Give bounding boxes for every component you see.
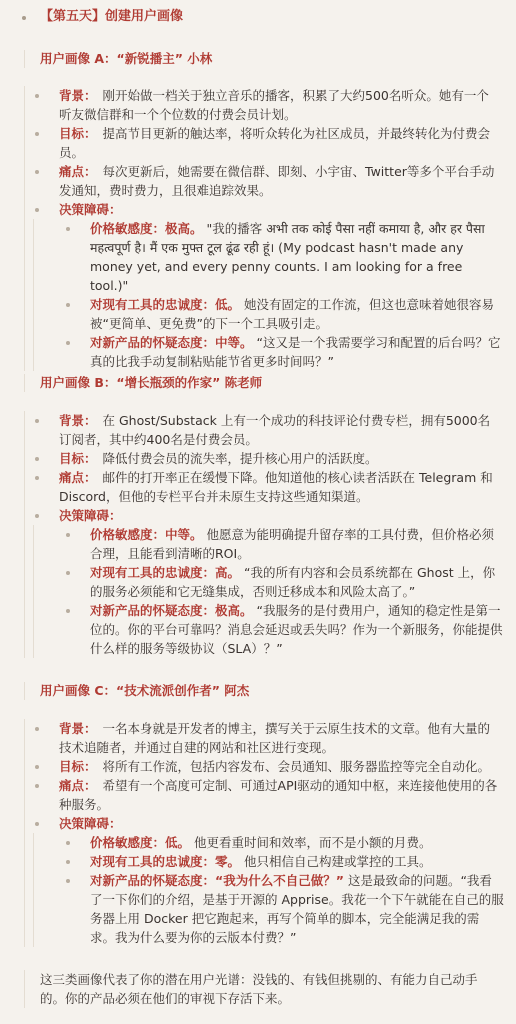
item-text: 每次更新后，她需要在微信群、即刻、小宇宙、Twitter等多个平台手动发通知，费… xyxy=(59,164,494,198)
item-label: 背景： xyxy=(59,88,97,103)
barrier-text: 他只相信自己构建或掌控的工具。 xyxy=(244,854,432,869)
item-label: 痛点： xyxy=(59,470,97,485)
list-item: 痛点：邮件的打开率正在缓慢下降。他知道他的核心读者活跃在 Telegram 和 … xyxy=(59,468,499,506)
barrier-label: 对新产品的怀疑态度：中等。 xyxy=(90,335,253,350)
persona-b-heading-block: 用户画像 B：“增长瓶颈的作家” 陈老师 xyxy=(24,374,262,392)
item-label: 背景： xyxy=(59,721,97,736)
persona-heading: 用户画像 B：“增长瓶颈的作家” 陈老师 xyxy=(40,374,262,392)
item-label: 目标： xyxy=(59,451,97,466)
persona-c-body: 背景：一名本身就是开发者的博主，撰写关于云原生技术的文章。他有大量的技术追随者，… xyxy=(24,719,499,947)
list-item: 决策障碍： 价格敏感度：低。他更看重时间和效率，而不是小额的月费。 对现有工具的… xyxy=(59,814,499,947)
barrier-item: 价格敏感度：中等。他愿意为能明确提升留存率的工具付费，但价格必须合理，且能看到清… xyxy=(90,525,504,563)
list-item: 痛点：每次更新后，她需要在微信群、即刻、小宇宙、Twitter等多个平台手动发通… xyxy=(59,162,499,200)
section-title: 【第五天】创建用户画像 xyxy=(40,8,183,26)
barrier-label: 对现有工具的忠诚度：低。 xyxy=(90,297,240,312)
item-label: 决策障碍： xyxy=(59,508,122,523)
list-item: 背景：刚开始做一档关于独立音乐的播客，积累了大约500名听众。她有一个听友微信群… xyxy=(59,86,499,124)
barriers-list: 价格敏感度：极高。"我的播客 अभी तक कोई पैसा नहीं कमाय… xyxy=(60,219,504,371)
barriers-block: 价格敏感度：极高。"我的播客 अभी तक कोई पैसा नहीं कमाय… xyxy=(33,219,499,371)
list-item: 背景：一名本身就是开发者的博主，撰写关于云原生技术的文章。他有大量的技术追随者，… xyxy=(59,719,499,757)
barrier-label: 对现有工具的忠诚度：高。 xyxy=(90,565,240,580)
barrier-item: 对现有工具的忠诚度：零。他只相信自己构建或掌控的工具。 xyxy=(90,852,504,871)
barriers-block: 价格敏感度：低。他更看重时间和效率，而不是小额的月费。 对现有工具的忠诚度：零。… xyxy=(33,833,499,947)
item-text: 提高节目更新的触达率，将听众转化为社区成员，并最终转化为付费会员。 xyxy=(59,126,490,160)
barriers-list: 价格敏感度：低。他更看重时间和效率，而不是小额的月费。 对现有工具的忠诚度：零。… xyxy=(60,833,504,947)
list-item: 背景：在 Ghost/Substack 上有一个成功的科技评论付费专栏，拥有50… xyxy=(59,411,499,449)
item-text: 一名本身就是开发者的博主，撰写关于云原生技术的文章。他有大量的技术追随者，并通过… xyxy=(59,721,490,755)
summary-text: 这三类画像代表了你的潜在用户光谱：没钱的、有钱但挑剔的、有能力自己动手的。你的产… xyxy=(40,970,480,1008)
persona-a-list: 背景：刚开始做一档关于独立音乐的播客，积累了大约500名听众。她有一个听友微信群… xyxy=(25,86,499,371)
list-item: 决策障碍： 价格敏感度：中等。他愿意为能明确提升留存率的工具付费，但价格必须合理… xyxy=(59,506,499,658)
item-label: 目标： xyxy=(59,126,97,141)
item-text: 降低付费会员的流失率，提升核心用户的活跃度。 xyxy=(103,451,378,466)
barrier-label: 价格敏感度：低。 xyxy=(90,835,190,850)
item-label: 决策障碍： xyxy=(59,816,122,831)
item-label: 背景： xyxy=(59,413,97,428)
persona-heading: 用户画像 C：“技术流派创作者” 阿杰 xyxy=(40,682,249,700)
item-label: 痛点： xyxy=(59,164,97,179)
item-text: 刚开始做一档关于独立音乐的播客，积累了大约500名听众。她有一个听友微信群和一个… xyxy=(59,88,489,122)
persona-b-list: 背景：在 Ghost/Substack 上有一个成功的科技评论付费专栏，拥有50… xyxy=(25,411,499,658)
persona-c-heading-block: 用户画像 C：“技术流派创作者” 阿杰 xyxy=(24,682,249,700)
item-text: 希望有一个高度可定制、可通过API驱动的通知中枢，来连接他使用的各种服务。 xyxy=(59,778,497,812)
summary-block: 这三类画像代表了你的潜在用户光谱：没钱的、有钱但挑剔的、有能力自己动手的。你的产… xyxy=(24,970,480,1008)
list-item: 目标：降低付费会员的流失率，提升核心用户的活跃度。 xyxy=(59,449,499,468)
barrier-item: 对新产品的怀疑态度：极高。“我服务的是付费用户，通知的稳定性是第一位的。你的平台… xyxy=(90,601,504,658)
persona-b-body: 背景：在 Ghost/Substack 上有一个成功的科技评论付费专栏，拥有50… xyxy=(24,411,499,658)
list-item: 决策障碍： 价格敏感度：极高。"我的播客 अभी तक कोई पैसा नही… xyxy=(59,200,499,371)
persona-c-list: 背景：一名本身就是开发者的博主，撰写关于云原生技术的文章。他有大量的技术追随者，… xyxy=(25,719,499,947)
list-item: 目标：提高节目更新的触达率，将听众转化为社区成员，并最终转化为付费会员。 xyxy=(59,124,499,162)
barrier-item: 对现有工具的忠诚度：高。“我的所有内容和会员系统都在 Ghost 上，你的服务必… xyxy=(90,563,504,601)
barrier-item: 价格敏感度：低。他更看重时间和效率，而不是小额的月费。 xyxy=(90,833,504,852)
item-label: 决策障碍： xyxy=(59,202,122,217)
item-text: 将所有工作流，包括内容发布、会员通知、服务器监控等完全自动化。 xyxy=(103,759,491,774)
barrier-item: 对新产品的怀疑态度：“我为什么不自己做？”这是最致命的问题。“我看了一下你们的介… xyxy=(90,871,504,947)
item-label: 痛点： xyxy=(59,778,97,793)
persona-a-body: 背景：刚开始做一档关于独立音乐的播客，积累了大约500名听众。她有一个听友微信群… xyxy=(24,86,499,371)
list-item: 目标：将所有工作流，包括内容发布、会员通知、服务器监控等完全自动化。 xyxy=(59,757,499,776)
item-text: 在 Ghost/Substack 上有一个成功的科技评论付费专栏，拥有5000名… xyxy=(59,413,490,447)
item-text: 邮件的打开率正在缓慢下降。他知道他的核心读者活跃在 Telegram 和 Dis… xyxy=(59,470,493,504)
barrier-item: 对现有工具的忠诚度：低。她没有固定的工作流，但这也意味着她很容易被“更简单、更免… xyxy=(90,295,504,333)
persona-a-heading-block: 用户画像 A：“新锐播主” 小林 xyxy=(24,50,212,68)
barrier-item: 价格敏感度：极高。"我的播客 अभी तक कोई पैसा नहीं कमाय… xyxy=(90,219,504,295)
barriers-block: 价格敏感度：中等。他愿意为能明确提升留存率的工具付费，但价格必须合理，且能看到清… xyxy=(33,525,499,658)
barrier-label: 对现有工具的忠诚度：零。 xyxy=(90,854,240,869)
barrier-label: 价格敏感度：极高。 xyxy=(90,221,203,236)
item-label: 目标： xyxy=(59,759,97,774)
list-item: 痛点：希望有一个高度可定制、可通过API驱动的通知中枢，来连接他使用的各种服务。 xyxy=(59,776,499,814)
persona-heading: 用户画像 A：“新锐播主” 小林 xyxy=(40,50,212,68)
barrier-text: 他更看重时间和效率，而不是小额的月费。 xyxy=(194,835,432,850)
barrier-label: 对新产品的怀疑态度：“我为什么不自己做？” xyxy=(90,873,344,888)
barrier-label: 价格敏感度：中等。 xyxy=(90,527,203,542)
barriers-list: 价格敏感度：中等。他愿意为能明确提升留存率的工具付费，但价格必须合理，且能看到清… xyxy=(60,525,504,658)
barrier-label: 对新产品的怀疑态度：极高。 xyxy=(90,603,253,618)
bullet-icon xyxy=(22,16,26,20)
barrier-item: 对新产品的怀疑态度：中等。“这又是一个我需要学习和配置的后台吗？它真的比我手动复… xyxy=(90,333,504,371)
